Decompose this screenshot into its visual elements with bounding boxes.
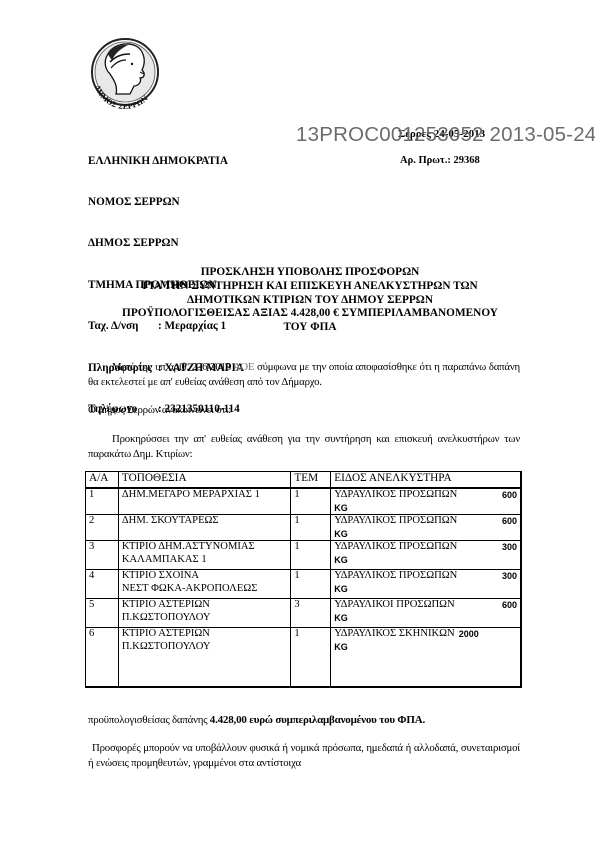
type-text: ΥΔΡΑΥΛΙΚΟΣ ΣΚΗΝΙΚΩΝ [334, 628, 454, 641]
capacity: 600 [502, 515, 517, 528]
cell-qty: 1 [291, 488, 331, 515]
title-line: ΓΙΑ ΤΗΝ ΣΥΝΤΗΡΗΣΗ ΚΑΙ ΕΠΙΣΚΕΥΗ ΑΝΕΛΚΥΣΤΗ… [60, 280, 560, 294]
budget-amount: 4.428,00 ευρώ συμπεριλαμβανομένου του ΦΠ… [210, 714, 425, 726]
cell-type: ΥΔΡΑΥΛΙΚΟΣ ΠΡΟΣΩΠΩΝ600KG [331, 515, 521, 541]
type-text: ΥΔΡΑΥΛΙΚΟΣ ΠΡΟΣΩΠΩΝ [334, 570, 457, 583]
header-line-municipality: ΔΗΜΟΣ ΣΕΡΡΩΝ [88, 237, 244, 251]
table-row: 3 ΚΤΙΡΙΟ ΔΗΜ.ΑΣΤΥΝΟΜΙΑΣΚΑΛΑΜΠΑΚΑΣ 1 1 ΥΔ… [86, 541, 522, 570]
cell-type: ΥΔΡΑΥΛΙΚΟΣ ΠΡΟΣΩΠΩΝ600KG [331, 488, 521, 515]
location-line: ΚΑΛΑΜΠΑΚΑΣ 1 [122, 554, 287, 567]
type-text: ΥΔΡΑΥΛΙΚΟΣ ΠΡΟΣΩΠΩΝ [334, 515, 457, 528]
title-line: ΔΗΜΟΤΙΚΩΝ ΚΤΙΡΙΩΝ ΤΟΥ ΔΗΜΟΥ ΣΕΡΡΩΝ [60, 294, 560, 308]
location-line: ΔΗΜ. ΣΚΟΥΤΑΡΕΩΣ [122, 515, 287, 528]
location-line: ΚΤΙΡΙΟ ΣΧΟΙΝΑ [122, 570, 287, 583]
cell-aa: 1 [86, 488, 119, 515]
title-line: ΤΟΥ ΦΠΑ [60, 321, 560, 335]
table-header-row: Α/Α ΤΟΠΟΘΕΣΙΑ ΤΕΜ ΕΙΔΟΣ ΑΝΕΛΚΥΣΤΗΡΑ [86, 472, 522, 489]
cell-type: ΥΔΡΑΥΛΙΚΟΣ ΠΡΟΣΩΠΩΝ300KG [331, 541, 521, 570]
location-line: ΚΤΙΡΙΟ ΑΣΤΕΡΙΩΝ [122, 599, 287, 612]
cell-qty: 1 [291, 570, 331, 599]
municipality-seal-logo: ΔΗΜΟΣ ΣΕΡΡΩΝ [86, 32, 164, 116]
col-header-type: ΕΙΔΟΣ ΑΝΕΛΚΥΣΤΗΡΑ [331, 472, 521, 489]
location-line: ΚΤΙΡΙΟ ΔΗΜ.ΑΣΤΥΝΟΜΙΑΣ [122, 541, 287, 554]
type-text: ΥΔΡΑΥΛΙΚΟΣ ΠΡΟΣΩΠΩΝ [334, 489, 457, 502]
cell-location: ΔΗΜ. ΣΚΟΥΤΑΡΕΩΣ [118, 515, 290, 541]
col-header-qty: ΤΕΜ [291, 472, 331, 489]
capacity: 2000 [459, 628, 479, 641]
capacity: 600 [502, 599, 517, 612]
cell-type: ΥΔΡΑΥΛΙΚΟΣ ΠΡΟΣΩΠΩΝ300KG [331, 570, 521, 599]
type-text: ΥΔΡΑΥΛΙΚΟΙ ΠΡΟΣΩΠΩΝ [334, 599, 454, 612]
header-line-prefecture: ΝΟΜΟΣ ΣΕΡΡΩΝ [88, 196, 244, 210]
document-title: ΠΡΟΣΚΛΗΣΗ ΥΠΟΒΟΛΗΣ ΠΡΟΣΦΟΡΩΝ ΓΙΑ ΤΗΝ ΣΥΝ… [60, 266, 560, 335]
paragraph-proclamation: Προκηρύσσει την απ' ευθείας ανάθεση για … [88, 432, 520, 461]
paragraph-decision: Μετά την υπ αριθ. 236/2013 ΑΟΕ σύμφωνα μ… [88, 360, 520, 389]
cell-type: ΥΔΡΑΥΛΙΚΟΣ ΣΚΗΝΙΚΩΝ2000KG [331, 628, 521, 687]
paragraph-offers: Προσφορές μπορούν να υποβάλλουν φυσικά ή… [88, 741, 520, 770]
cell-location: ΚΤΙΡΙΟ ΑΣΤΕΡΙΩΝΠ.ΚΩΣΤΟΠΟΥΛΟΥ [118, 628, 290, 687]
capacity: 600 [502, 489, 517, 502]
cell-qty: 1 [291, 541, 331, 570]
col-header-aa: Α/Α [86, 472, 119, 489]
location-line: ΝΕΣΤ ΦΩΚΑ-ΑΚΡΟΠΟΛΕΩΣ [122, 583, 287, 596]
unit: KG [334, 583, 517, 596]
registry-stamp: 13PROC001253052 2013-05-24 [296, 123, 595, 147]
cell-aa: 4 [86, 570, 119, 599]
text: προϋπολογισθείσας δαπάνης [88, 714, 210, 726]
paragraph-budget: προϋπολογισθείσας δαπάνης 4.428,00 ευρώ … [88, 713, 520, 728]
paragraph-announcement: Ο Δήμος Σερρών ανακοινώνει ότι: [88, 403, 520, 418]
table-row: 6 ΚΤΙΡΙΟ ΑΣΤΕΡΙΩΝΠ.ΚΩΣΤΟΠΟΥΛΟΥ 1 ΥΔΡΑΥΛΙ… [86, 628, 522, 687]
cell-location: ΚΤΙΡΙΟ ΔΗΜ.ΑΣΤΥΝΟΜΙΑΣΚΑΛΑΜΠΑΚΑΣ 1 [118, 541, 290, 570]
cell-qty: 3 [291, 599, 331, 628]
cell-qty: 1 [291, 515, 331, 541]
cell-aa: 2 [86, 515, 119, 541]
table-row: 4 ΚΤΙΡΙΟ ΣΧΟΙΝΑΝΕΣΤ ΦΩΚΑ-ΑΚΡΟΠΟΛΕΩΣ 1 ΥΔ… [86, 570, 522, 599]
location-line: ΚΤΙΡΙΟ ΑΣΤΕΡΙΩΝ [122, 628, 287, 641]
location-line: Π.ΚΩΣΤΟΠΟΥΛΟΥ [122, 612, 287, 625]
protocol-number: Αρ. Πρωτ.: 29368 [400, 155, 480, 166]
unit: KG [334, 502, 517, 515]
cell-location: ΚΤΙΡΙΟ ΑΣΤΕΡΙΩΝΠ.ΚΩΣΤΟΠΟΥΛΟΥ [118, 599, 290, 628]
header-line-republic: ΕΛΛΗΝΙΚΗ ΔΗΜΟΚΡΑΤΙΑ [88, 155, 244, 169]
cell-aa: 5 [86, 599, 119, 628]
municipality-seal-icon: ΔΗΜΟΣ ΣΕΡΡΩΝ [86, 32, 164, 116]
cell-qty: 1 [291, 628, 331, 687]
cell-aa: 6 [86, 628, 119, 687]
unit: KG [334, 641, 517, 654]
capacity: 300 [502, 570, 517, 583]
table-row: 5 ΚΤΙΡΙΟ ΑΣΤΕΡΙΩΝΠ.ΚΩΣΤΟΠΟΥΛΟΥ 3 ΥΔΡΑΥΛΙ… [86, 599, 522, 628]
location-line: ΔΗΜ.ΜΕΓΑΡΟ ΜΕΡΑΡΧΙΑΣ 1 [122, 489, 287, 502]
text: Μετά την υπ αριθ. 236/2013 [112, 361, 233, 373]
cell-aa: 3 [86, 541, 119, 570]
cell-location: ΔΗΜ.ΜΕΓΑΡΟ ΜΕΡΑΡΧΙΑΣ 1 [118, 488, 290, 515]
unit: KG [334, 528, 517, 541]
location-line: Π.ΚΩΣΤΟΠΟΥΛΟΥ [122, 641, 287, 654]
table-row: 1 ΔΗΜ.ΜΕΓΑΡΟ ΜΕΡΑΡΧΙΑΣ 1 1 ΥΔΡΑΥΛΙΚΟΣ ΠΡ… [86, 488, 522, 515]
capacity: 300 [502, 541, 517, 554]
cell-location: ΚΤΙΡΙΟ ΣΧΟΙΝΑΝΕΣΤ ΦΩΚΑ-ΑΚΡΟΠΟΛΕΩΣ [118, 570, 290, 599]
unit: KG [334, 554, 517, 567]
cell-type: ΥΔΡΑΥΛΙΚΟΙ ΠΡΟΣΩΠΩΝ600KG [331, 599, 521, 628]
type-text: ΥΔΡΑΥΛΙΚΟΣ ΠΡΟΣΩΠΩΝ [334, 541, 457, 554]
elevators-table: Α/Α ΤΟΠΟΘΕΣΙΑ ΤΕΜ ΕΙΔΟΣ ΑΝΕΛΚΥΣΤΗΡΑ 1 ΔΗ… [85, 471, 522, 688]
title-line: ΠΡΟΣΚΛΗΣΗ ΥΠΟΒΟΛΗΣ ΠΡΟΣΦΟΡΩΝ [60, 266, 560, 280]
title-line: ΠΡΟΫΠΟΛΟΓΙΣΘΕΙΣΑΣ ΑΞΙΑΣ 4.428,00 € ΣΥΜΠΕ… [60, 307, 560, 321]
table-row: 2 ΔΗΜ. ΣΚΟΥΤΑΡΕΩΣ 1 ΥΔΡΑΥΛΙΚΟΣ ΠΡΟΣΩΠΩΝ6… [86, 515, 522, 541]
col-header-location: ΤΟΠΟΘΕΣΙΑ [118, 472, 290, 489]
unit: KG [334, 612, 517, 625]
aoe-reference: ΑΟΕ [233, 361, 254, 373]
